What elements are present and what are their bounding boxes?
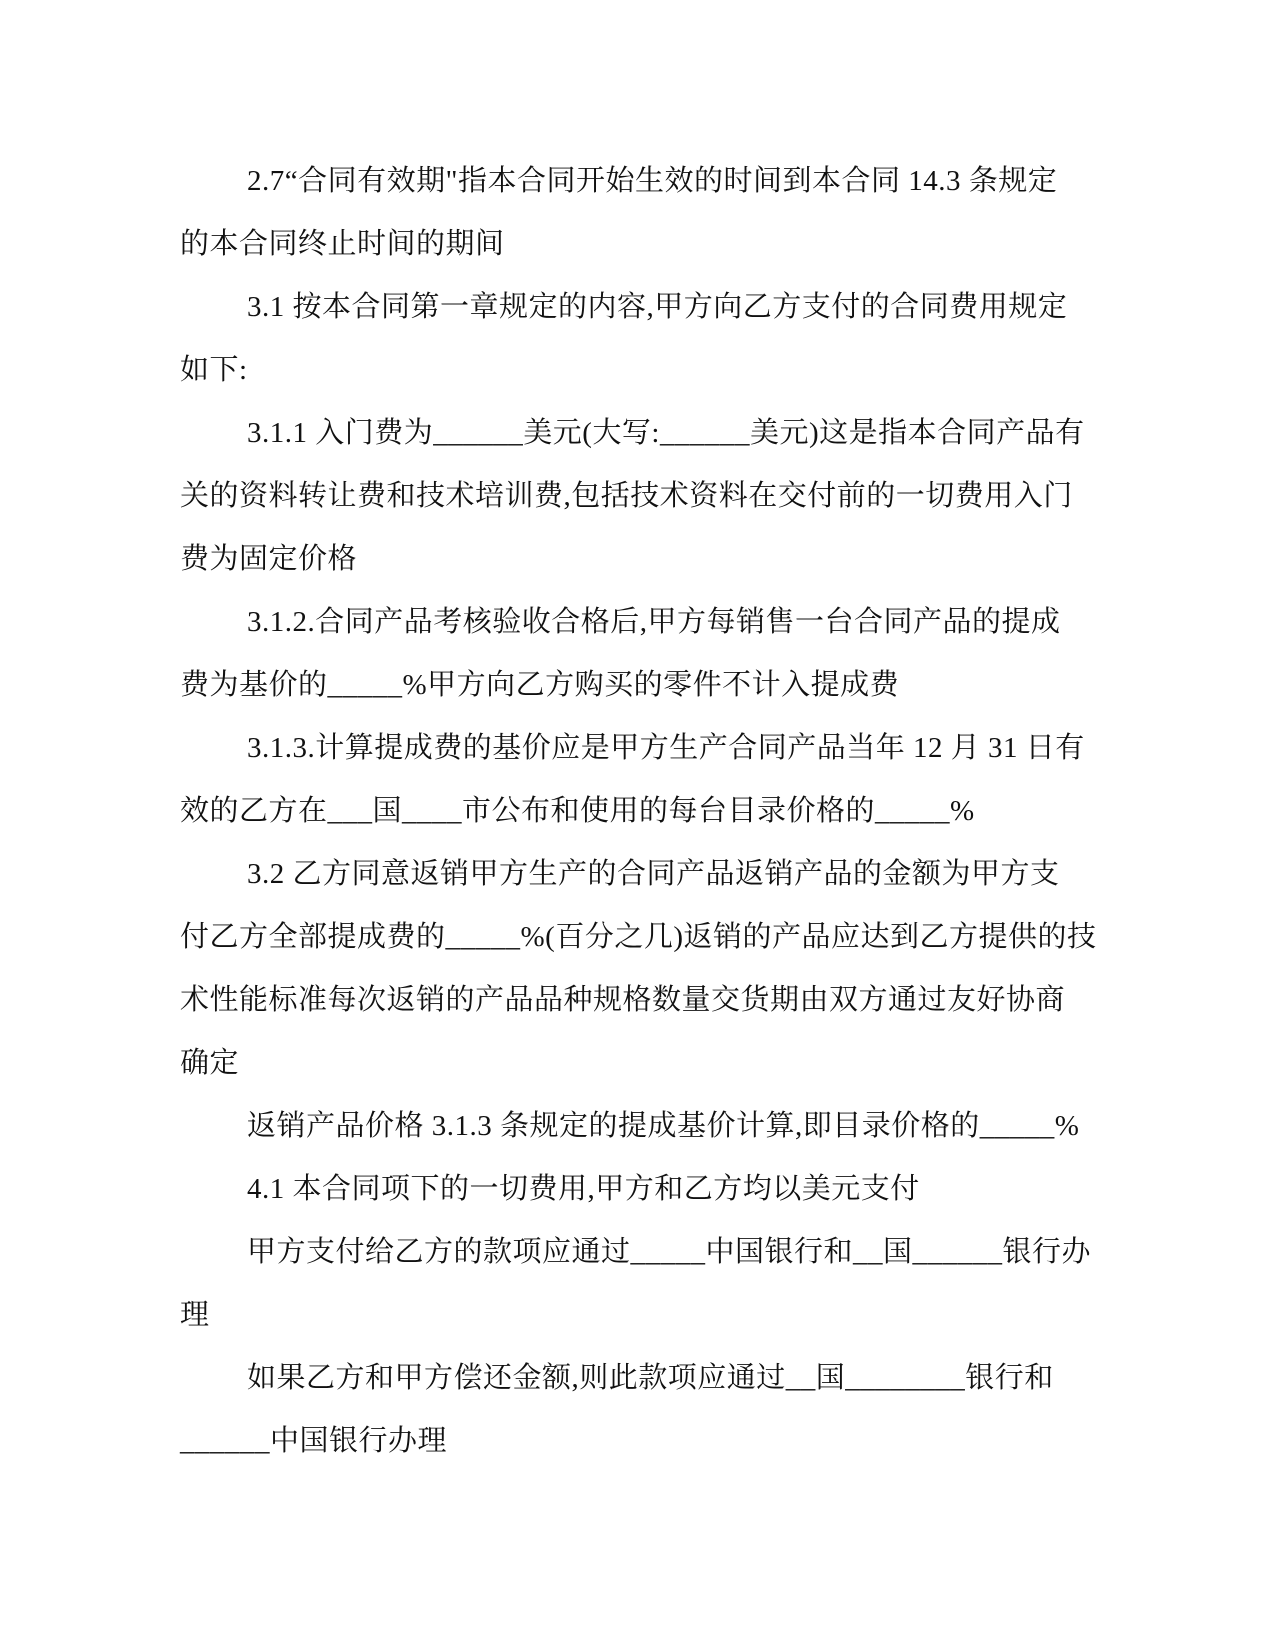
document-body: 2.7“合同有效期"指本合同开始生效的时间到本合同 14.3 条规定 的本合同终…: [180, 150, 1095, 1473]
text-line: 2.7“合同有效期"指本合同开始生效的时间到本合同 14.3 条规定: [180, 150, 1095, 213]
text-line: 3.1.3.计算提成费的基价应是甲方生产合同产品当年 12 月 31 日有: [180, 717, 1095, 780]
text-line: 费为固定价格: [180, 528, 1095, 591]
text-line: 4.1 本合同项下的一切费用,甲方和乙方均以美元支付: [180, 1158, 1095, 1221]
text-line: 理: [180, 1284, 1095, 1347]
text-line: 返销产品价格 3.1.3 条规定的提成基价计算,即目录价格的_____%: [180, 1095, 1095, 1158]
text-line: 3.2 乙方同意返销甲方生产的合同产品返销产品的金额为甲方支: [180, 843, 1095, 906]
text-line: 3.1.1 入门费为______美元(大写:______美元)这是指本合同产品有: [180, 402, 1095, 465]
text-line: 费为基价的_____%甲方向乙方购买的零件不计入提成费: [180, 654, 1095, 717]
text-line: 如下:: [180, 339, 1095, 402]
text-line: 术性能标准每次返销的产品品种规格数量交货期由双方通过友好协商: [180, 969, 1095, 1032]
text-line: 3.1.2.合同产品考核验收合格后,甲方每销售一台合同产品的提成: [180, 591, 1095, 654]
text-line: 甲方支付给乙方的款项应通过_____中国银行和__国______银行办: [180, 1221, 1095, 1284]
text-line: 付乙方全部提成费的_____%(百分之几)返销的产品应达到乙方提供的技: [180, 906, 1095, 969]
text-line: 效的乙方在___国____市公布和使用的每台目录价格的_____%: [180, 780, 1095, 843]
text-line: 的本合同终止时间的期间: [180, 213, 1095, 276]
text-line: 如果乙方和甲方偿还金额,则此款项应通过__国________银行和: [180, 1347, 1095, 1410]
text-line: ______中国银行办理: [180, 1410, 1095, 1473]
document-page: 2.7“合同有效期"指本合同开始生效的时间到本合同 14.3 条规定 的本合同终…: [0, 0, 1275, 1650]
text-line: 3.1 按本合同第一章规定的内容,甲方向乙方支付的合同费用规定: [180, 276, 1095, 339]
text-line: 确定: [180, 1032, 1095, 1095]
text-line: 关的资料转让费和技术培训费,包括技术资料在交付前的一切费用入门: [180, 465, 1095, 528]
